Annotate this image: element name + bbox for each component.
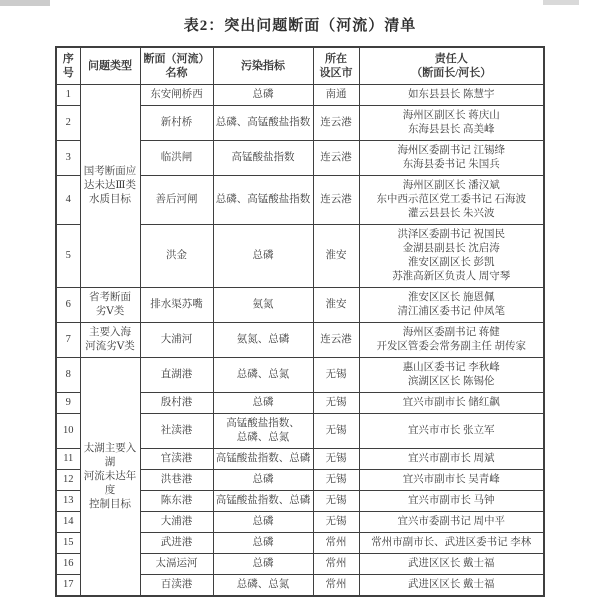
indicator-cell: 高锰酸盐指数、 总磷、总氮 xyxy=(213,414,313,449)
responsible-cell: 宜兴市市长 张立军 xyxy=(359,414,544,449)
section-name-cell: 排水渠苏嘴 xyxy=(140,288,213,323)
scan-smudge-top-left xyxy=(0,0,50,6)
page-title: 表2：突出问题断面（河流）清单 xyxy=(0,14,600,35)
header-row: 序 号 问题类型 断面（河流） 名称 污染指标 所在 设区市 责任人 （断面长/… xyxy=(56,47,544,85)
table-row: 1国考断面应 达未达Ⅲ类 水质目标东安闸桥西总磷南通如东县县长 陈慧宇 xyxy=(56,85,544,106)
row-number-cell: 8 xyxy=(56,358,80,393)
responsible-cell: 海州区委副书记 江锡绛 东海县委书记 朱国兵 xyxy=(359,141,544,176)
row-number-cell: 3 xyxy=(56,141,80,176)
responsible-cell: 海州区委副书记 蒋健 开发区管委会常务副主任 胡传家 xyxy=(359,323,544,358)
row-number-cell: 1 xyxy=(56,85,80,106)
section-name-cell: 社渎港 xyxy=(140,414,213,449)
problem-type-cell: 主要入海 河流劣Ⅴ类 xyxy=(80,323,140,358)
section-name-cell: 临洪闸 xyxy=(140,141,213,176)
section-name-cell: 大浦河 xyxy=(140,323,213,358)
indicator-cell: 总磷 xyxy=(213,533,313,554)
table-row: 8太湖主要入 湖 河流未达年 度 控制目标直湖港总磷、总氮无锡惠山区委书记 李秋… xyxy=(56,358,544,393)
header-responsible: 责任人 （断面长/河长） xyxy=(359,47,544,85)
indicator-cell: 高锰酸盐指数、总磷 xyxy=(213,491,313,512)
section-name-cell: 百渎港 xyxy=(140,575,213,597)
header-city: 所在 设区市 xyxy=(313,47,359,85)
responsible-cell: 如东县县长 陈慧宇 xyxy=(359,85,544,106)
indicator-cell: 氨氮 xyxy=(213,288,313,323)
header-section-name: 断面（河流） 名称 xyxy=(140,47,213,85)
section-name-cell: 直湖港 xyxy=(140,358,213,393)
responsible-cell: 武进区区长 戴士福 xyxy=(359,554,544,575)
row-number-cell: 5 xyxy=(56,225,80,288)
row-number-cell: 15 xyxy=(56,533,80,554)
city-cell: 无锡 xyxy=(313,393,359,414)
section-name-cell: 官渎港 xyxy=(140,449,213,470)
city-cell: 常州 xyxy=(313,533,359,554)
section-name-cell: 大浦港 xyxy=(140,512,213,533)
indicator-cell: 总磷 xyxy=(213,512,313,533)
indicator-cell: 高锰酸盐指数、总磷 xyxy=(213,449,313,470)
section-name-cell: 洪金 xyxy=(140,225,213,288)
problem-type-cell: 太湖主要入 湖 河流未达年 度 控制目标 xyxy=(80,358,140,597)
city-cell: 淮安 xyxy=(313,225,359,288)
section-name-cell: 太滆运河 xyxy=(140,554,213,575)
problem-type-cell: 国考断面应 达未达Ⅲ类 水质目标 xyxy=(80,85,140,288)
row-number-cell: 10 xyxy=(56,414,80,449)
responsible-cell: 宜兴市副市长 马钟 xyxy=(359,491,544,512)
responsible-cell: 洪泽区委副书记 祝国民 金湖县副县长 沈启涛 淮安区副区长 彭凯 苏淮高新区负责… xyxy=(359,225,544,288)
section-name-cell: 洪巷港 xyxy=(140,470,213,491)
responsible-cell: 海州区副区长 潘汉斌 东中西示范区党工委书记 石海波 灌云县县长 朱兴波 xyxy=(359,176,544,225)
city-cell: 无锡 xyxy=(313,358,359,393)
indicator-cell: 总磷 xyxy=(213,225,313,288)
row-number-cell: 2 xyxy=(56,106,80,141)
indicator-cell: 氨氮、总磷 xyxy=(213,323,313,358)
section-name-cell: 新村桥 xyxy=(140,106,213,141)
city-cell: 无锡 xyxy=(313,470,359,491)
indicator-cell: 总磷 xyxy=(213,85,313,106)
responsible-cell: 宜兴市副市长 吴青峰 xyxy=(359,470,544,491)
header-indicator: 污染指标 xyxy=(213,47,313,85)
city-cell: 淮安 xyxy=(313,288,359,323)
indicator-cell: 总磷 xyxy=(213,470,313,491)
table-row: 7主要入海 河流劣Ⅴ类大浦河氨氮、总磷连云港海州区委副书记 蒋健 开发区管委会常… xyxy=(56,323,544,358)
row-number-cell: 16 xyxy=(56,554,80,575)
city-cell: 连云港 xyxy=(313,323,359,358)
indicator-cell: 总磷、总氮 xyxy=(213,575,313,597)
problem-sections-table: 序 号 问题类型 断面（河流） 名称 污染指标 所在 设区市 责任人 （断面长/… xyxy=(55,46,545,597)
section-name-cell: 善后河闸 xyxy=(140,176,213,225)
responsible-cell: 宜兴市委副书记 周中平 xyxy=(359,512,544,533)
indicator-cell: 高锰酸盐指数 xyxy=(213,141,313,176)
responsible-cell: 武进区区长 戴士福 xyxy=(359,575,544,597)
table-row: 6省考断面 劣Ⅴ类排水渠苏嘴氨氮淮安淮安区区长 施恩佩 清江浦区委书记 仲凤笔 xyxy=(56,288,544,323)
row-number-cell: 12 xyxy=(56,470,80,491)
responsible-cell: 宜兴市副市长 储红飙 xyxy=(359,393,544,414)
indicator-cell: 总磷 xyxy=(213,393,313,414)
row-number-cell: 17 xyxy=(56,575,80,597)
table-body: 1国考断面应 达未达Ⅲ类 水质目标东安闸桥西总磷南通如东县县长 陈慧宇2新村桥总… xyxy=(56,85,544,597)
section-name-cell: 武进港 xyxy=(140,533,213,554)
scan-smudge-top-right xyxy=(543,0,579,5)
row-number-cell: 11 xyxy=(56,449,80,470)
responsible-cell: 宜兴市副市长 周斌 xyxy=(359,449,544,470)
row-number-cell: 14 xyxy=(56,512,80,533)
city-cell: 无锡 xyxy=(313,491,359,512)
row-number-cell: 6 xyxy=(56,288,80,323)
section-name-cell: 东安闸桥西 xyxy=(140,85,213,106)
header-no: 序 号 xyxy=(56,47,80,85)
indicator-cell: 总磷 xyxy=(213,554,313,575)
city-cell: 南通 xyxy=(313,85,359,106)
indicator-cell: 总磷、高锰酸盐指数 xyxy=(213,106,313,141)
indicator-cell: 总磷、总氮 xyxy=(213,358,313,393)
row-number-cell: 4 xyxy=(56,176,80,225)
city-cell: 无锡 xyxy=(313,512,359,533)
city-cell: 无锡 xyxy=(313,414,359,449)
problem-type-cell: 省考断面 劣Ⅴ类 xyxy=(80,288,140,323)
city-cell: 连云港 xyxy=(313,141,359,176)
indicator-cell: 总磷、高锰酸盐指数 xyxy=(213,176,313,225)
responsible-cell: 淮安区区长 施恩佩 清江浦区委书记 仲凤笔 xyxy=(359,288,544,323)
row-number-cell: 7 xyxy=(56,323,80,358)
responsible-cell: 常州市副市长、武进区委书记 李林 xyxy=(359,533,544,554)
city-cell: 无锡 xyxy=(313,449,359,470)
section-name-cell: 陈东港 xyxy=(140,491,213,512)
city-cell: 连云港 xyxy=(313,176,359,225)
city-cell: 常州 xyxy=(313,575,359,597)
header-problem-type: 问题类型 xyxy=(80,47,140,85)
responsible-cell: 海州区副区长 蒋庆山 东海县县长 高美峰 xyxy=(359,106,544,141)
responsible-cell: 惠山区委书记 李秋峰 滨湖区区长 陈锡伦 xyxy=(359,358,544,393)
city-cell: 常州 xyxy=(313,554,359,575)
section-name-cell: 殷村港 xyxy=(140,393,213,414)
row-number-cell: 9 xyxy=(56,393,80,414)
city-cell: 连云港 xyxy=(313,106,359,141)
row-number-cell: 13 xyxy=(56,491,80,512)
